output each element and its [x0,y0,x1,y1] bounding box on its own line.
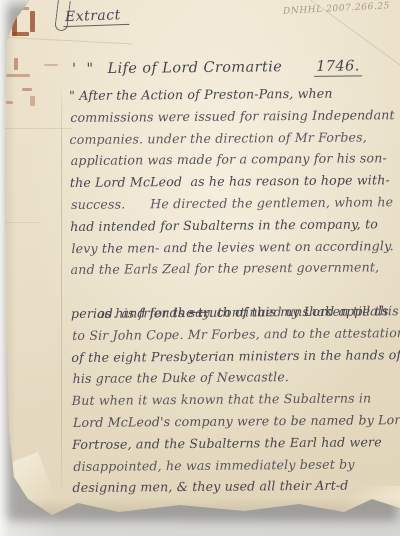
rust-stain [14,58,18,70]
rust-stain [4,74,30,77]
manuscript-line: designing men, & they used all their Art… [72,474,400,499]
title-year: 1746. [314,58,362,76]
manuscript-line: and the Earls Zeal for the present gover… [71,257,399,282]
manuscript-line: the Lord McLeod as he has reason to hope… [70,169,398,194]
struck-word: say [188,305,208,320]
manuscript-line: " After the Action of Preston-Pans, when [69,82,397,107]
rust-stain [6,101,13,104]
manuscript-line: of the eight Presbyterian ministers in t… [71,344,399,369]
manuscript-line: disappointed, he was immediately beset b… [73,453,400,478]
rust-stain [30,96,35,106]
line-text: . continued unshaken till this [208,303,399,320]
rust-stain [12,32,29,36]
manuscript-body: " After the Action of Preston-Pans, when… [69,82,400,499]
catalog-number: DNHHL 2007.266.25 [283,1,390,17]
manuscript-line: Lord McLeod's company were to be named b… [73,409,400,434]
manuscript-line: his grace the Duke of Newcastle. [72,365,400,390]
rust-stain [30,11,35,32]
horizontal-crease [2,37,132,45]
manuscript-line: Fortrose, and the Subalterns the Earl ha… [72,431,400,456]
line-text: as his friends [97,305,189,321]
manuscript-line: to Sir John Cope. Mr Forbes, and to the … [72,322,400,347]
manuscript-line: success. He directed the gentlemen, whom… [71,191,399,216]
manuscript-line: had intended for Subalterns in the compa… [70,213,398,238]
heading-extract: Extract [63,7,129,27]
manuscript-line: application was made for a company for h… [71,148,399,173]
manuscript-line-struck: as his friends say. continued unshaken t… [72,278,400,303]
manuscript-line: companies. under the direction of Mr For… [69,126,397,151]
manuscript-line: commissions were issued for raising Inde… [70,104,398,129]
vertical-margin-crease [61,82,62,500]
rust-stain [22,88,32,91]
title-quote-marks: ' " [72,61,94,77]
manuscript-line: levy the men- and the levies went on acc… [71,235,399,260]
document-title: Life of Lord Cromartie [107,59,282,77]
manuscript-line: But when it was known that the Subaltern… [72,387,400,412]
manuscript-paper: DNHHL 2007.266.25 Extract ' "Life of Lor… [0,0,400,524]
